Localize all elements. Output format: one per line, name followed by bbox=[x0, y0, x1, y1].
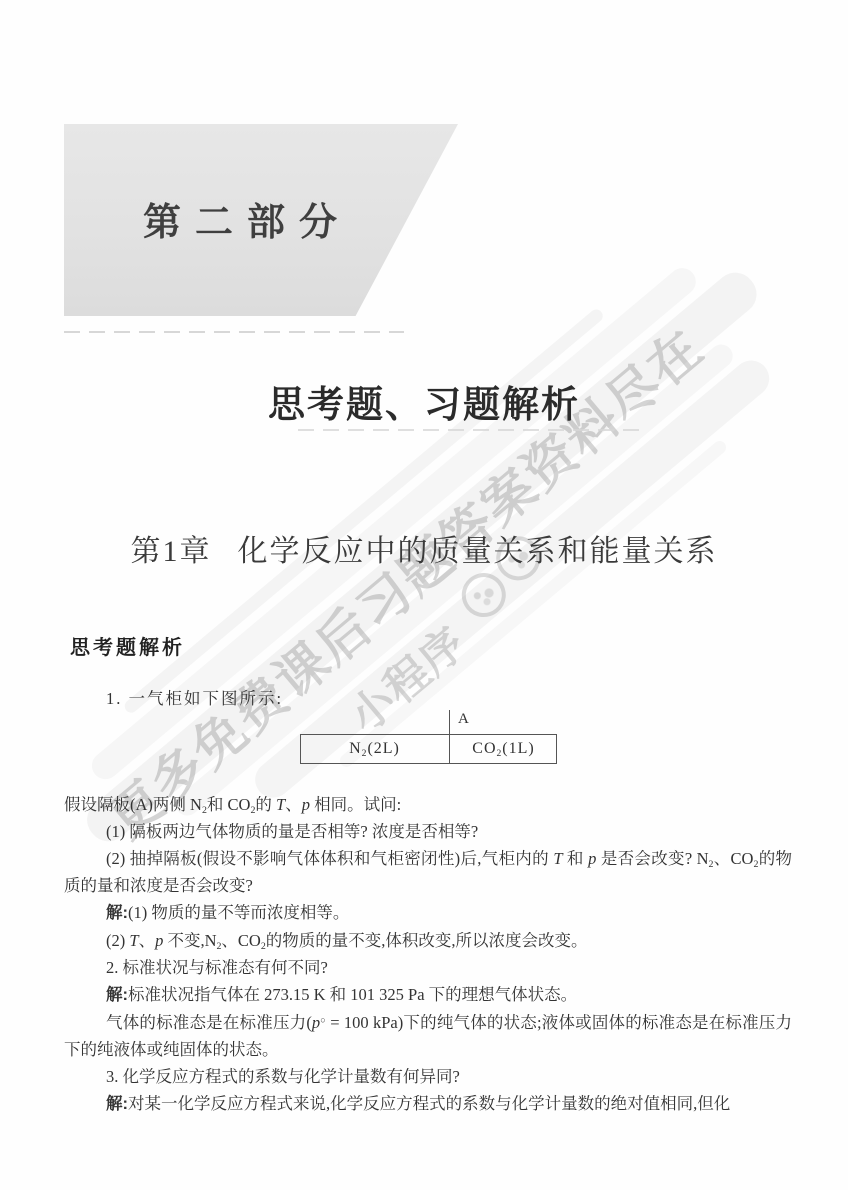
figure-cell-co2: CO2(1L) bbox=[450, 734, 557, 762]
part-banner: 第二部分 bbox=[64, 124, 458, 316]
paragraph: 2. 标准状况与标准态有何不同? bbox=[64, 954, 792, 981]
question-1-intro: 1. 一气柜如下图所示: bbox=[106, 685, 283, 709]
title-underline bbox=[298, 429, 640, 431]
part-banner-title: 第二部分 bbox=[143, 204, 351, 242]
paragraph: (2) T、p 不变,N2、CO2的物质的量不变,体积改变,所以浓度会改变。 bbox=[64, 927, 792, 954]
paragraph: (2) 抽掉隔板(假设不影响气体体积和气柜密闭性)后,气柜内的 T 和 p 是否… bbox=[64, 845, 792, 899]
scanned-book-page: 更多免费课后习题答案资料尽在 小程序 第二部分 思考题、习题解析 第1章化学反应… bbox=[0, 0, 848, 1190]
paragraph: 气体的标准态是在标准压力(p○ = 100 kPa)下的纯气体的状态;液体或固体… bbox=[64, 1009, 792, 1063]
paragraph: 假设隔板(A)两侧 N2和 CO2的 T、p 相同。试问: bbox=[64, 791, 792, 818]
paragraph: 3. 化学反应方程式的系数与化学计量数有何异同? bbox=[64, 1063, 792, 1090]
banner-underline bbox=[64, 331, 404, 333]
paragraph: 解:对某一化学反应方程式来说,化学反应方程式的系数与化学计量数的绝对值相同,但化 bbox=[64, 1090, 792, 1118]
section-heading: 思考题解析 bbox=[70, 631, 185, 660]
chapter-title: 化学反应中的质量关系和能量关系 bbox=[238, 535, 718, 568]
watermark-seal-icon bbox=[453, 564, 515, 626]
body-paragraphs: 假设隔板(A)两侧 N2和 CO2的 T、p 相同。试问:(1) 隔板两边气体物… bbox=[64, 791, 792, 1118]
figure-cell-n2: N2(2L) bbox=[300, 734, 449, 762]
watermark-streak bbox=[122, 307, 605, 715]
paragraph: 解:(1) 物质的量不等而浓度相等。 bbox=[64, 899, 792, 927]
paragraph: (1) 隔板两边气体物质的量是否相等? 浓度是否相等? bbox=[64, 818, 792, 845]
figure-divider-label: A bbox=[458, 711, 469, 728]
chapter-number: 第1章 bbox=[131, 535, 212, 568]
chapter-heading: 第1章化学反应中的质量关系和能量关系 bbox=[0, 534, 848, 570]
part-title: 思考题、习题解析 bbox=[0, 385, 848, 426]
paragraph: 解:标准状况指气体在 273.15 K 和 101 325 Pa 下的理想气体状… bbox=[64, 981, 792, 1009]
gas-tank-figure: A N2(2L) CO2(1L) bbox=[300, 710, 558, 763]
